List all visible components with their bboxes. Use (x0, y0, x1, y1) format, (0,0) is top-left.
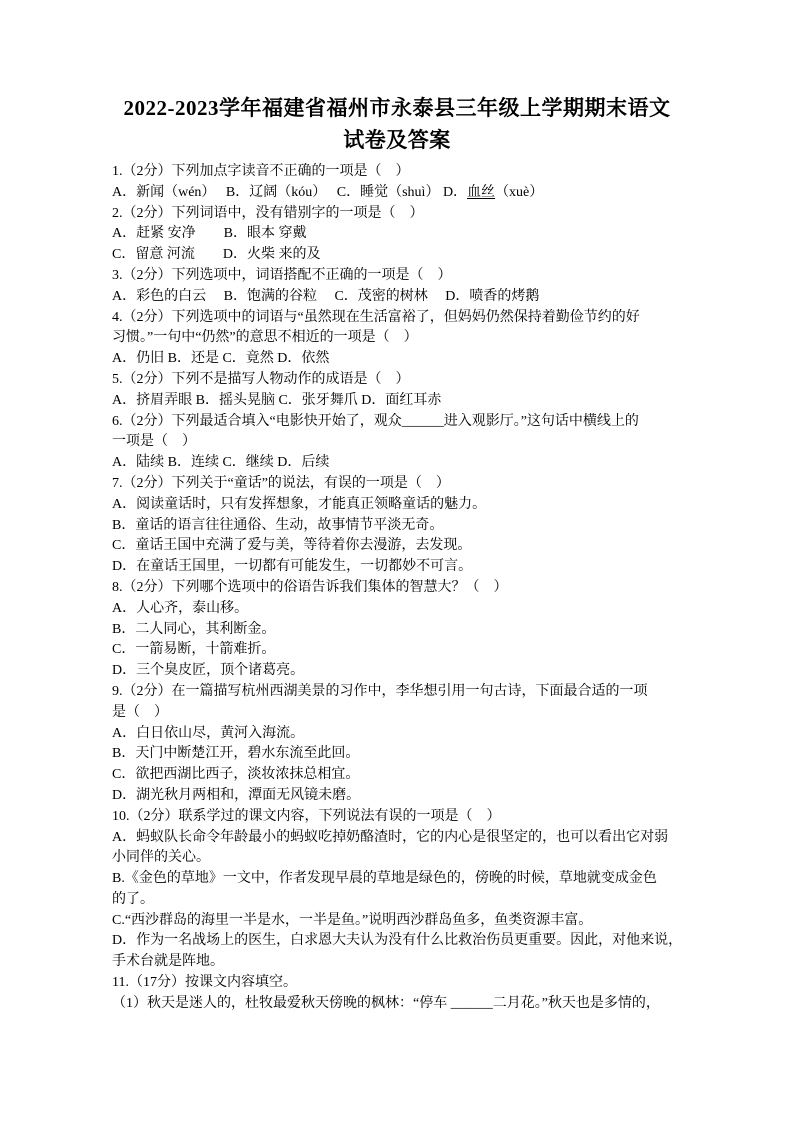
text-line: 是（ ） (112, 703, 684, 724)
text-segment: 3.（2分）下列选项中，词语搭配不正确的一项是（ ） (112, 268, 452, 283)
text-segment: A．赶紧 安净 B．眼本 穿戴 (112, 226, 306, 241)
text-line: 小同伴的关心。 (112, 848, 684, 869)
text-segment: A．新闻（wén） B．辽阔（kóu） C．睡觉（shuì） D． (112, 185, 467, 200)
text-segment: D．作为一名战场上的医生，白求恩大夫认为没有什么比救治伤员更重要。因此，对他来说… (112, 933, 682, 948)
text-line: 3.（2分）下列选项中，词语搭配不正确的一项是（ ） (112, 266, 684, 287)
text-line: 6.（2分）下列最适合填入“电影快开始了，观众______进入观影厅。”这句话中… (112, 412, 684, 433)
text-segment: A．挤眉弄眼 B．摇头晃脑 C．张牙舞爪 D．面红耳赤 (112, 393, 441, 408)
text-line: D．湖光秋月两相和，潭面无风镜未磨。 (112, 786, 684, 807)
text-segment: （xuè） (495, 185, 543, 200)
text-segment: C．留意 河流 D．火柴 来的及 (112, 247, 320, 262)
text-line: 7.（2分）下列关于“童话”的说法，有误的一项是（ ） (112, 474, 684, 495)
text-line: A．阅读童话时，只有发挥想象，才能真正领略童话的魅力。 (112, 495, 684, 516)
text-line: C.“西沙群岛的海里一半是水，一半是鱼。”说明西沙群岛鱼多，鱼类资源丰富。 (112, 911, 684, 932)
text-line: D．在童话王国里，一切都有可能发生，一切都妙不可言。 (112, 557, 684, 578)
text-line: A．陆续 B．连续 C．继续 D．后续 (112, 453, 684, 474)
text-segment: A．彩色的白云 B．饱满的谷粒 C．茂密的树林 D．喷香的烤鹅 (112, 289, 539, 304)
text-segment: 7.（2分）下列关于“童话”的说法，有误的一项是（ ） (112, 476, 450, 491)
exam-title: 2022-2023学年福建省福州市永泰县三年级上学期期末语文 试卷及答案 (0, 0, 794, 156)
text-line: 一项是（ ） (112, 432, 684, 453)
text-segment: D．三个臭皮匠，顶个诸葛亮。 (112, 663, 304, 678)
text-segment: 4.（2分）下列选项中的词语与“虽然现在生活富裕了，但妈妈仍然保持着勤俭节约的好 (112, 310, 640, 325)
text-line: 手术台就是阵地。 (112, 952, 684, 973)
text-line: 4.（2分）下列选项中的词语与“虽然现在生活富裕了，但妈妈仍然保持着勤俭节约的好 (112, 308, 684, 329)
text-line: 9.（2分）在一篇描写杭州西湖美景的习作中，李华想引用一句古诗，下面最合适的一项 (112, 682, 684, 703)
exam-page: 2022-2023学年福建省福州市永泰县三年级上学期期末语文 试卷及答案 1.（… (0, 0, 794, 1123)
text-segment: A．陆续 B．连续 C．继续 D．后续 (112, 455, 329, 470)
text-line: 的了。 (112, 890, 684, 911)
text-segment: A．蚂蚁队长命令年龄最小的蚂蚁吃掉奶酪渣时，它的内心是很坚定的，也可以看出它对弱 (112, 830, 668, 845)
text-segment: C．童话王国中充满了爱与美，等待着你去漫游，去发现。 (112, 538, 471, 553)
text-line: B．童话的语言往往通俗、生动，故事情节平淡无奇。 (112, 516, 684, 537)
text-line: B．二人同心，其利断金。 (112, 620, 684, 641)
text-line: 1.（2分）下列加点字读音不正确的一项是（ ） (112, 162, 684, 183)
text-line: A．挤眉弄眼 B．摇头晃脑 C．张牙舞爪 D．面红耳赤 (112, 391, 684, 412)
text-line: A．彩色的白云 B．饱满的谷粒 C．茂密的树林 D．喷香的烤鹅 (112, 287, 684, 308)
text-line: 10.（2分）联系学过的课文内容，下列说法有误的一项是（ ） (112, 807, 684, 828)
text-line: B.《金色的草地》一文中，作者发现早晨的草地是绿色的，傍晚的时候，草地就变成金色 (112, 869, 684, 890)
text-segment: B．童话的语言往往通俗、生动，故事情节平淡无奇。 (112, 518, 443, 533)
text-segment: 9.（2分）在一篇描写杭州西湖美景的习作中，李华想引用一句古诗，下面最合适的一项 (112, 684, 648, 699)
text-line: C．一箭易断，十箭难折。 (112, 640, 684, 661)
text-line: A．仍旧 B．还是 C．竟然 D．依然 (112, 349, 684, 370)
text-segment: 手术台就是阵地。 (112, 954, 224, 969)
text-line: C．留意 河流 D．火柴 来的及 (112, 245, 684, 266)
text-line: C．欲把西湖比西子，淡妆浓抹总相宜。 (112, 765, 684, 786)
text-line: A．白日依山尽，黄河入海流。 (112, 724, 684, 745)
text-segment: A．白日依山尽，黄河入海流。 (112, 726, 304, 741)
text-line: 5.（2分）下列不是描写人物动作的成语是（ ） (112, 370, 684, 391)
text-line: 8.（2分）下列哪个选项中的俗语告诉我们集体的智慧大？（ ） (112, 578, 684, 599)
text-segment: 小同伴的关心。 (112, 850, 210, 865)
text-segment: A．人心齐，泰山移。 (112, 601, 248, 616)
text-line: 11.（17分）按课文内容填空。 (112, 973, 684, 994)
text-segment: 11.（17分）按课文内容填空。 (112, 975, 297, 990)
text-segment: A．阅读童话时，只有发挥想象，才能真正领略童话的魅力。 (112, 497, 486, 512)
text-segment: 的了。 (112, 892, 154, 907)
text-line: C．童话王国中充满了爱与美，等待着你去漫游，去发现。 (112, 536, 684, 557)
text-segment: B．天门中断楚江开，碧水东流至此回。 (112, 746, 359, 761)
text-segment: A．仍旧 B．还是 C．竟然 D．依然 (112, 351, 329, 366)
text-line: A．蚂蚁队长命令年龄最小的蚂蚁吃掉奶酪渣时，它的内心是很坚定的，也可以看出它对弱 (112, 828, 684, 849)
text-segment: （1）秋天是迷人的，杜牧最爱秋天傍晚的枫林：“停车 ______二月花。”秋天也… (112, 996, 660, 1011)
text-segment: C.“西沙群岛的海里一半是水，一半是鱼。”说明西沙群岛鱼多，鱼类资源丰富。 (112, 913, 592, 928)
text-segment: 10.（2分）联系学过的课文内容，下列说法有误的一项是（ ） (112, 809, 501, 824)
text-segment: D．在童话王国里，一切都有可能发生，一切都妙不可言。 (112, 559, 472, 574)
exam-title-line1: 2022-2023学年福建省福州市永泰县三年级上学期期末语文 (0, 92, 794, 124)
text-segment: 一项是（ ） (112, 434, 196, 449)
text-line: 习惯。”一句中“仍然”的意思不相近的一项是（ ） (112, 328, 684, 349)
text-segment: D．湖光秋月两相和，潭面无风镜未磨。 (112, 788, 360, 803)
text-segment: C．欲把西湖比西子，淡妆浓抹总相宜。 (112, 767, 359, 782)
text-segment: 习惯。”一句中“仍然”的意思不相近的一项是（ ） (112, 330, 418, 345)
text-line: D．作为一名战场上的医生，白求恩大夫认为没有什么比救治伤员更重要。因此，对他来说… (112, 931, 684, 952)
text-line: A．人心齐，泰山移。 (112, 599, 684, 620)
text-line: B．天门中断楚江开，碧水东流至此回。 (112, 744, 684, 765)
text-line: A．新闻（wén） B．辽阔（kóu） C．睡觉（shuì） D．血丝（xuè） (112, 183, 684, 204)
text-line: A．赶紧 安净 B．眼本 穿戴 (112, 224, 684, 245)
exam-body: 1.（2分）下列加点字读音不正确的一项是（ ）A．新闻（wén） B．辽阔（kó… (112, 162, 684, 1015)
text-segment: 1.（2分）下列加点字读音不正确的一项是（ ） (112, 164, 410, 179)
text-segment: 2.（2分）下列词语中，没有错别字的一项是（ ） (112, 206, 424, 221)
text-segment: 5.（2分）下列不是描写人物动作的成语是（ ） (112, 372, 410, 387)
underlined-word: 血丝 (467, 185, 495, 200)
text-segment: C．一箭易断，十箭难折。 (112, 642, 275, 657)
text-line: （1）秋天是迷人的，杜牧最爱秋天傍晚的枫林：“停车 ______二月花。”秋天也… (112, 994, 684, 1015)
text-segment: 是（ ） (112, 705, 168, 720)
text-segment: B．二人同心，其利断金。 (112, 622, 275, 637)
text-line: D．三个臭皮匠，顶个诸葛亮。 (112, 661, 684, 682)
text-segment: B.《金色的草地》一文中，作者发现早晨的草地是绿色的，傍晚的时候，草地就变成金色 (112, 871, 657, 886)
text-segment: 8.（2分）下列哪个选项中的俗语告诉我们集体的智慧大？（ ） (112, 580, 508, 595)
text-line: 2.（2分）下列词语中，没有错别字的一项是（ ） (112, 204, 684, 225)
exam-title-line2: 试卷及答案 (0, 124, 794, 156)
text-segment: 6.（2分）下列最适合填入“电影快开始了，观众______进入观影厅。”这句话中… (112, 414, 639, 429)
